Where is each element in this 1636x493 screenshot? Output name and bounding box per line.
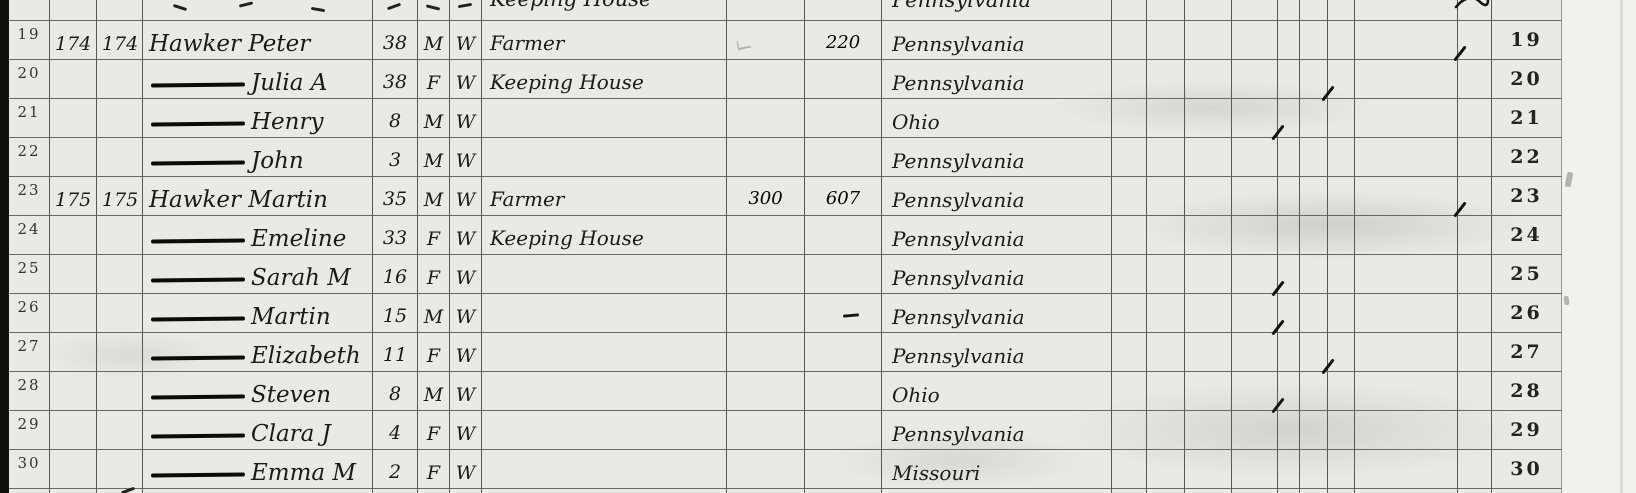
person-name: Sarah M	[251, 265, 351, 293]
person-name-cell: Julia A	[143, 60, 373, 99]
family-number	[97, 255, 143, 294]
person-name: Emeline	[251, 226, 346, 254]
grid-cell	[1112, 177, 1147, 216]
table-row: 28 Steven 8 M W Ohio 28	[0, 372, 1562, 411]
write-check-cell	[1328, 333, 1355, 372]
birthplace: Pennsylvania	[882, 216, 1112, 255]
dwelling-number: 175	[50, 177, 97, 216]
family-number	[97, 411, 143, 450]
grid-cell	[1185, 21, 1232, 60]
school-check-cell	[1278, 333, 1300, 372]
grid-cell	[1458, 489, 1492, 493]
age: 38	[373, 60, 418, 99]
person-name-cell: Sarah M	[143, 255, 373, 294]
grid-cell	[418, 489, 450, 493]
age: 35	[373, 177, 418, 216]
grid-cell	[1355, 21, 1458, 60]
grid-cell	[1278, 0, 1300, 21]
grid-cell	[1300, 372, 1328, 411]
grid-cell	[1112, 60, 1147, 99]
citizen-check-cell	[1458, 138, 1492, 177]
page-left-edge	[0, 372, 9, 411]
real-estate-value-cell: 300	[727, 177, 805, 216]
line-number-right: 24	[1492, 216, 1562, 255]
grid-cell	[1185, 450, 1232, 489]
pen-stroke-fragment	[239, 1, 253, 7]
person-name: Elizabeth	[251, 343, 361, 371]
table-row: 24 Emeline 33 F W Keeping House Pennsylv…	[0, 216, 1562, 255]
family-number	[97, 372, 143, 411]
grid-cell	[50, 0, 97, 21]
grid-cell	[1112, 372, 1147, 411]
citizen-check-cell	[1458, 177, 1492, 216]
write-check-cell	[1328, 177, 1355, 216]
table-row: 20 Julia A 38 F W Keeping House Pennsylv…	[0, 60, 1562, 99]
grid-cell	[1185, 0, 1232, 21]
write-check-cell	[1328, 99, 1355, 138]
age: 38	[373, 21, 418, 60]
citizen-check-cell	[1458, 216, 1492, 255]
real-estate-value-cell	[727, 411, 805, 450]
line-number-right: 19	[1492, 21, 1562, 60]
grid-cell	[1185, 177, 1232, 216]
grid-cell	[1278, 489, 1300, 493]
grid-cell	[1185, 99, 1232, 138]
write-check-cell	[1328, 255, 1355, 294]
grid-cell	[97, 0, 143, 21]
grid-cell	[1147, 177, 1185, 216]
sex: F	[418, 333, 450, 372]
grid-cell	[1355, 294, 1458, 333]
person-name: Martin	[251, 304, 331, 332]
citizen-check-cell	[1458, 21, 1492, 60]
ledger-sheet: Keeping House Pennsylvania 19 174 174 Ha…	[0, 0, 1562, 493]
grid-cell	[1232, 99, 1278, 138]
line-number-right: 25	[1492, 255, 1562, 294]
color-race: W	[450, 372, 482, 411]
personal-estate-value-cell	[805, 411, 882, 450]
grid-cell	[1112, 333, 1147, 372]
grid-cell	[1300, 177, 1328, 216]
scan-speck	[1563, 296, 1569, 306]
race-cell	[450, 0, 482, 21]
sex: F	[418, 255, 450, 294]
grid-cell	[482, 489, 727, 493]
sex-cell	[418, 0, 450, 21]
table-row: 23 175 175 Hawker Martin 35 M W Farmer 3…	[0, 177, 1562, 216]
age: 33	[373, 216, 418, 255]
grid-cell	[1147, 60, 1185, 99]
grid-cell	[1147, 21, 1185, 60]
color-race: W	[450, 138, 482, 177]
occupation	[482, 450, 727, 489]
ditto-mark	[151, 317, 245, 322]
grid-cell	[1147, 138, 1185, 177]
grid-cell	[1147, 333, 1185, 372]
grid-cell	[1147, 294, 1185, 333]
ditto-mark	[151, 395, 245, 400]
grid-cell	[1185, 216, 1232, 255]
dash-mark	[843, 313, 859, 317]
birthplace-clipped: Pennsylvania	[892, 0, 1031, 12]
grid-cell	[1112, 411, 1147, 450]
grid-cell	[1232, 255, 1278, 294]
page-left-edge	[0, 0, 9, 21]
citizen-check-cell	[1458, 411, 1492, 450]
real-estate-value-cell	[727, 21, 805, 60]
age: 15	[373, 294, 418, 333]
grid-cell	[1185, 294, 1232, 333]
citizen-check-cell	[1458, 60, 1492, 99]
grid-cell	[1232, 333, 1278, 372]
occupation	[482, 294, 727, 333]
person-name: John	[251, 148, 304, 176]
occupation: Keeping House	[482, 60, 727, 99]
grid-cell	[1112, 21, 1147, 60]
dwelling-number	[50, 333, 97, 372]
write-check-cell	[1328, 138, 1355, 177]
scan-speck	[1565, 172, 1574, 188]
person-name-cell: Steven	[143, 372, 373, 411]
real-estate-value-cell	[727, 372, 805, 411]
color-race: W	[450, 177, 482, 216]
family-number	[97, 60, 143, 99]
personal-estate-value: 607	[826, 188, 860, 215]
school-check-cell	[1278, 138, 1300, 177]
person-name-cell: Martin	[143, 294, 373, 333]
person-name-cell: Elizabeth	[143, 333, 373, 372]
grid-cell	[1355, 489, 1458, 493]
color-race: W	[450, 99, 482, 138]
census-page-scan: { "document": { "kind": "handwritten cen…	[0, 0, 1636, 493]
grid-cell	[9, 489, 50, 493]
occupation	[482, 255, 727, 294]
school-check-cell	[1278, 372, 1300, 411]
grid-cell	[1112, 138, 1147, 177]
occupation	[482, 138, 727, 177]
faint-smudge-mark	[736, 39, 751, 51]
page-left-edge	[0, 294, 9, 333]
grid-cell	[1355, 0, 1458, 21]
pen-stroke-fragment	[173, 4, 187, 11]
school-check-cell	[1278, 99, 1300, 138]
grid-cell	[1300, 0, 1328, 21]
grid-cell	[1112, 216, 1147, 255]
grid-cell	[1355, 411, 1458, 450]
write-check-cell	[1328, 60, 1355, 99]
family-number: 174	[97, 21, 143, 60]
table-row: 27 Elizabeth 11 F W Pennsylvania 27	[0, 333, 1562, 372]
citizen-check-cell	[1458, 0, 1492, 21]
occupation: Keeping House	[482, 216, 727, 255]
grid-cell	[1355, 216, 1458, 255]
real-estate-value-cell	[727, 255, 805, 294]
person-name-cell: John	[143, 138, 373, 177]
ditto-mark	[151, 161, 245, 166]
ditto-mark	[151, 473, 245, 478]
person-name-cell: Hawker Peter	[143, 21, 373, 60]
school-check-cell	[1278, 411, 1300, 450]
school-check-cell	[1278, 255, 1300, 294]
grid-cell	[1147, 216, 1185, 255]
real-estate-value-cell	[727, 450, 805, 489]
personal-estate-value-cell	[805, 294, 882, 333]
partial-top-row: Keeping House Pennsylvania	[0, 0, 1562, 21]
line-number-right: 27	[1492, 333, 1562, 372]
citizen-check-cell	[1458, 333, 1492, 372]
pen-mark-clipped	[1454, 0, 1490, 9]
color-race: W	[450, 333, 482, 372]
grid-cell	[1185, 333, 1232, 372]
sex: M	[418, 372, 450, 411]
age: 16	[373, 255, 418, 294]
school-check-cell	[1278, 177, 1300, 216]
dwelling-number	[50, 294, 97, 333]
personal-estate-value-cell	[805, 60, 882, 99]
pen-stroke-fragment	[458, 3, 472, 8]
grid-cell	[805, 489, 882, 493]
grid-cell	[1492, 489, 1562, 493]
table-row: 26 Martin 15 M W Pennsylvania 26	[0, 294, 1562, 333]
grid-cell	[1355, 372, 1458, 411]
personal-estate-value-cell: 607	[805, 177, 882, 216]
line-number-left: 30	[9, 450, 50, 489]
occupation-clipped: Keeping House	[490, 0, 651, 11]
page-left-edge	[0, 21, 9, 60]
family-number: 175	[97, 177, 143, 216]
line-number-right	[1492, 0, 1562, 21]
dwelling-number	[50, 216, 97, 255]
personal-estate-value-cell	[805, 255, 882, 294]
person-name: Emma M	[251, 460, 356, 488]
grid-cell	[1112, 255, 1147, 294]
grid-cell	[1112, 450, 1147, 489]
personal-estate-value-cell	[805, 372, 882, 411]
sex: F	[418, 450, 450, 489]
grid-cell	[1355, 60, 1458, 99]
page-left-edge	[0, 138, 9, 177]
citizen-check-cell	[1458, 294, 1492, 333]
grid-cell	[1300, 333, 1328, 372]
line-number-left: 27	[9, 333, 50, 372]
grid-cell	[1300, 450, 1328, 489]
school-check-cell	[1278, 450, 1300, 489]
family-number	[97, 333, 143, 372]
dwelling-number	[50, 411, 97, 450]
color-race: W	[450, 21, 482, 60]
grid-cell	[1232, 489, 1278, 493]
grid-cell	[1147, 99, 1185, 138]
page-left-edge	[0, 216, 9, 255]
birthplace: Missouri	[882, 450, 1112, 489]
grid-cell	[1232, 138, 1278, 177]
grid-cell	[727, 0, 805, 21]
grid-cell	[1185, 255, 1232, 294]
grid-cell	[1300, 99, 1328, 138]
personal-estate-value-cell	[805, 333, 882, 372]
personal-estate-value: 220	[826, 32, 860, 59]
real-estate-value: 300	[748, 188, 782, 215]
line-number-left: 23	[9, 177, 50, 216]
grid-cell	[1185, 138, 1232, 177]
grid-cell	[1300, 489, 1328, 493]
birthplace: Pennsylvania	[882, 411, 1112, 450]
real-estate-value-cell	[727, 60, 805, 99]
grid-cell	[1232, 0, 1278, 21]
occupation	[482, 99, 727, 138]
personal-estate-value-cell	[805, 138, 882, 177]
citizen-check-cell	[1458, 99, 1492, 138]
family-number	[97, 99, 143, 138]
grid-cell	[1300, 138, 1328, 177]
grid-cell	[1328, 489, 1355, 493]
line-number-left: 29	[9, 411, 50, 450]
page-left-edge	[0, 489, 9, 493]
table-row: 19 174 174 Hawker Peter 38 M W Farmer 22…	[0, 21, 1562, 60]
line-number-right: 26	[1492, 294, 1562, 333]
line-number-left: 22	[9, 138, 50, 177]
ditto-mark	[151, 434, 245, 439]
occupation	[482, 411, 727, 450]
grid-cell	[1300, 216, 1328, 255]
occupation: Farmer	[482, 177, 727, 216]
color-race: W	[450, 216, 482, 255]
line-number-right: 22	[1492, 138, 1562, 177]
color-race: W	[450, 255, 482, 294]
birthplace: Pennsylvania	[882, 60, 1112, 99]
grid-cell	[1232, 411, 1278, 450]
grid-cell	[1300, 255, 1328, 294]
birthplace: Pennsylvania	[882, 21, 1112, 60]
line-number-left: 24	[9, 216, 50, 255]
grid-cell	[1300, 60, 1328, 99]
person-name: Hawker Martin	[149, 187, 328, 215]
birthplace: Pennsylvania	[882, 294, 1112, 333]
ditto-mark	[151, 83, 245, 88]
personal-estate-value-cell: 220	[805, 21, 882, 60]
page-left-edge	[0, 99, 9, 138]
grid-cell	[805, 0, 882, 21]
write-check-cell	[1328, 216, 1355, 255]
grid-cell	[50, 489, 97, 493]
school-check-cell	[1278, 294, 1300, 333]
line-number-right: 20	[1492, 60, 1562, 99]
pen-stroke-fragment	[311, 7, 325, 12]
line-number-left	[9, 0, 50, 21]
write-check-cell	[1328, 21, 1355, 60]
occupation: Farmer	[482, 21, 727, 60]
line-number-left: 21	[9, 99, 50, 138]
grid-cell	[1147, 450, 1185, 489]
grid-cell	[1355, 450, 1458, 489]
grid-cell	[1112, 0, 1147, 21]
pen-stroke-fragment	[426, 4, 440, 10]
grid-cell	[450, 489, 482, 493]
person-name-cell: Emeline	[143, 216, 373, 255]
pen-stroke-fragment	[387, 3, 401, 11]
occupation	[482, 333, 727, 372]
person-name-cell: Hawker Martin	[143, 177, 373, 216]
table-row: 22 John 3 M W Pennsylvania 22	[0, 138, 1562, 177]
page-left-edge	[0, 411, 9, 450]
grid-cell	[1112, 489, 1147, 493]
age: 8	[373, 372, 418, 411]
grid-cell	[1232, 216, 1278, 255]
real-estate-value-cell	[727, 138, 805, 177]
personal-estate-value-cell	[805, 216, 882, 255]
grid-cell	[1232, 450, 1278, 489]
color-race: W	[450, 450, 482, 489]
grid-cell	[1185, 60, 1232, 99]
birthplace: Pennsylvania	[882, 138, 1112, 177]
grid-cell	[1147, 411, 1185, 450]
grid-cell	[1328, 0, 1355, 21]
grid-cell	[1300, 411, 1328, 450]
occupation-cell: Keeping House	[482, 0, 727, 21]
school-check-cell	[1278, 21, 1300, 60]
birthplace: Pennsylvania	[882, 333, 1112, 372]
scan-edge-streak	[1620, 0, 1623, 493]
dwelling-number	[50, 99, 97, 138]
person-name-cell	[143, 0, 373, 21]
person-name: Hawker Peter	[149, 31, 310, 59]
grid-cell	[1185, 489, 1232, 493]
person-name-cell: Henry	[143, 99, 373, 138]
page-left-edge	[0, 60, 9, 99]
grid-cell	[1112, 294, 1147, 333]
ditto-mark	[151, 239, 245, 244]
personal-estate-value-cell	[805, 99, 882, 138]
person-name-cell: Emma M	[143, 450, 373, 489]
sex: M	[418, 294, 450, 333]
dwelling-number	[50, 60, 97, 99]
line-number-right: 23	[1492, 177, 1562, 216]
line-number-left: 26	[9, 294, 50, 333]
line-number-right: 30	[1492, 450, 1562, 489]
family-number	[97, 294, 143, 333]
sex: M	[418, 21, 450, 60]
ditto-mark	[151, 356, 245, 361]
color-race: W	[450, 411, 482, 450]
ditto-mark	[151, 122, 245, 127]
page-left-edge	[0, 177, 9, 216]
grid-cell	[882, 489, 1112, 493]
line-number-right: 28	[1492, 372, 1562, 411]
grid-cell	[1147, 0, 1185, 21]
line-number-left: 28	[9, 372, 50, 411]
grid-cell	[1355, 177, 1458, 216]
family-number	[97, 216, 143, 255]
grid-cell	[1232, 21, 1278, 60]
line-number-left: 20	[9, 60, 50, 99]
write-check-cell	[1328, 294, 1355, 333]
grid-cell	[1232, 60, 1278, 99]
line-number-right: 29	[1492, 411, 1562, 450]
grid-cell	[97, 489, 143, 493]
birthplace: Ohio	[882, 372, 1112, 411]
grid-cell	[1112, 99, 1147, 138]
school-check-cell	[1278, 216, 1300, 255]
grid-cell	[1300, 21, 1328, 60]
real-estate-value-cell	[727, 216, 805, 255]
age: 8	[373, 99, 418, 138]
age: 11	[373, 333, 418, 372]
occupation	[482, 372, 727, 411]
line-number-left: 19	[9, 21, 50, 60]
person-name: Steven	[251, 382, 331, 410]
age: 2	[373, 450, 418, 489]
birthplace: Pennsylvania	[882, 255, 1112, 294]
